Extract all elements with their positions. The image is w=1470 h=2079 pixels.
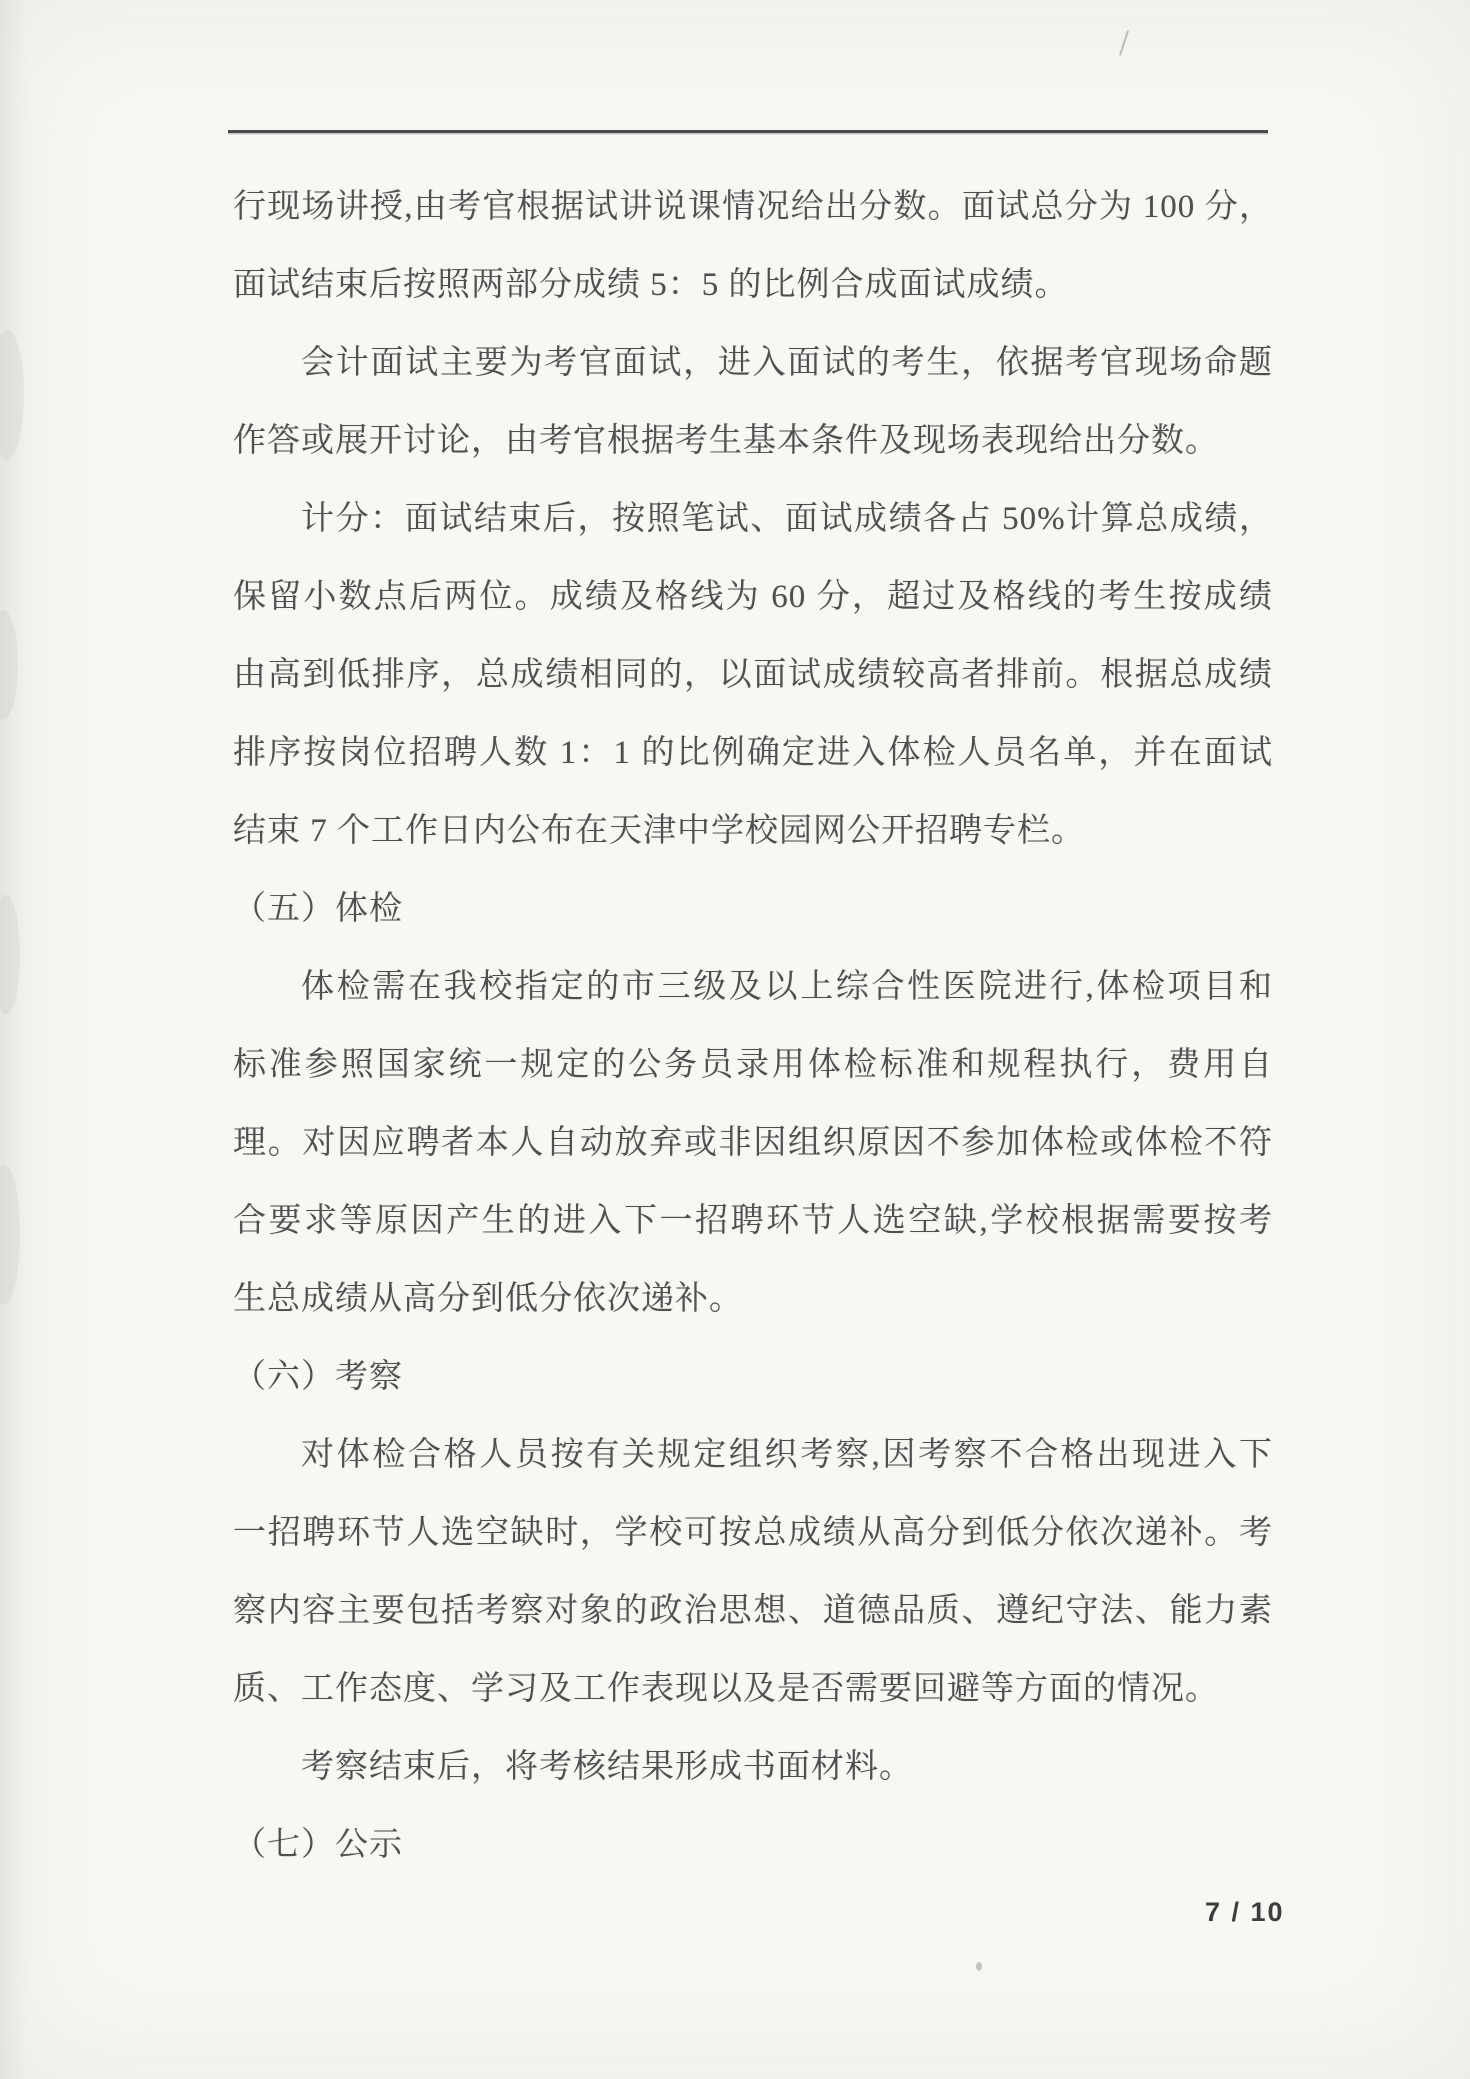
text-line: 由高到低排序，总成绩相同的，以面试成绩较高者排前。根据总成绩 xyxy=(233,636,1273,714)
text-line: 生总成绩从高分到低分依次递补。 xyxy=(233,1260,1273,1338)
text-line: 一招聘环节人选空缺时，学校可按总成绩从高分到低分依次递补。考 xyxy=(233,1494,1273,1572)
text-line: 理。对因应聘者本人自动放弃或非因组织原因不参加体检或体检不符 xyxy=(233,1104,1273,1182)
scan-artifact xyxy=(976,1962,982,1971)
text-line: 考察结束后，将考核结果形成书面材料。 xyxy=(233,1728,1273,1806)
section-heading-5-physical-exam: （五）体检 xyxy=(233,870,1273,948)
section-heading-6-inspection: （六）考察 xyxy=(233,1338,1273,1416)
text-line: 作答或展开讨论，由考官根据考生基本条件及现场表现给出分数。 xyxy=(233,402,1273,480)
text-line: 对体检合格人员按有关规定组织考察,因考察不合格出现进入下 xyxy=(233,1416,1273,1494)
text-line: 体检需在我校指定的市三级及以上综合性医院进行,体检项目和 xyxy=(233,948,1273,1026)
text-line: 质、工作态度、学习及工作表现以及是否需要回避等方面的情况。 xyxy=(233,1650,1273,1728)
text-line: 标准参照国家统一规定的公务员录用体检标准和规程执行，费用自 xyxy=(233,1026,1273,1104)
text-line: 排序按岗位招聘人数 1：1 的比例确定进入体检人员名单，并在面试 xyxy=(233,714,1273,792)
text-line: 保留小数点后两位。成绩及格线为 60 分，超过及格线的考生按成绩 xyxy=(233,558,1273,636)
scanned-document-page: 行现场讲授,由考官根据试讲说课情况给出分数。面试总分为 100 分，面试结束后按… xyxy=(0,0,1470,2079)
document-body: 行现场讲授,由考官根据试讲说课情况给出分数。面试总分为 100 分，面试结束后按… xyxy=(233,168,1273,1884)
text-line: 结束 7 个工作日内公布在天津中学校园网公开招聘专栏。 xyxy=(233,792,1273,870)
text-line: 行现场讲授,由考官根据试讲说课情况给出分数。面试总分为 100 分， xyxy=(233,168,1273,246)
scan-edge-shading xyxy=(0,0,28,2079)
text-line: 面试结束后按照两部分成绩 5：5 的比例合成面试成绩。 xyxy=(233,246,1273,324)
section-heading-7-public-notice: （七）公示 xyxy=(233,1806,1273,1884)
scan-crease-mark xyxy=(1119,30,1129,55)
text-line: 会计面试主要为考官面试，进入面试的考生，依据考官现场命题 xyxy=(233,324,1273,402)
text-line: 计分：面试结束后，按照笔试、面试成绩各占 50%计算总成绩， xyxy=(233,480,1273,558)
text-line: 合要求等原因产生的进入下一招聘环节人选空缺,学校根据需要按考 xyxy=(233,1182,1273,1260)
header-rule xyxy=(228,130,1268,133)
page-number: 7 / 10 xyxy=(1205,1897,1285,1928)
text-line: 察内容主要包括考察对象的政治思想、道德品质、遵纪守法、能力素 xyxy=(233,1572,1273,1650)
